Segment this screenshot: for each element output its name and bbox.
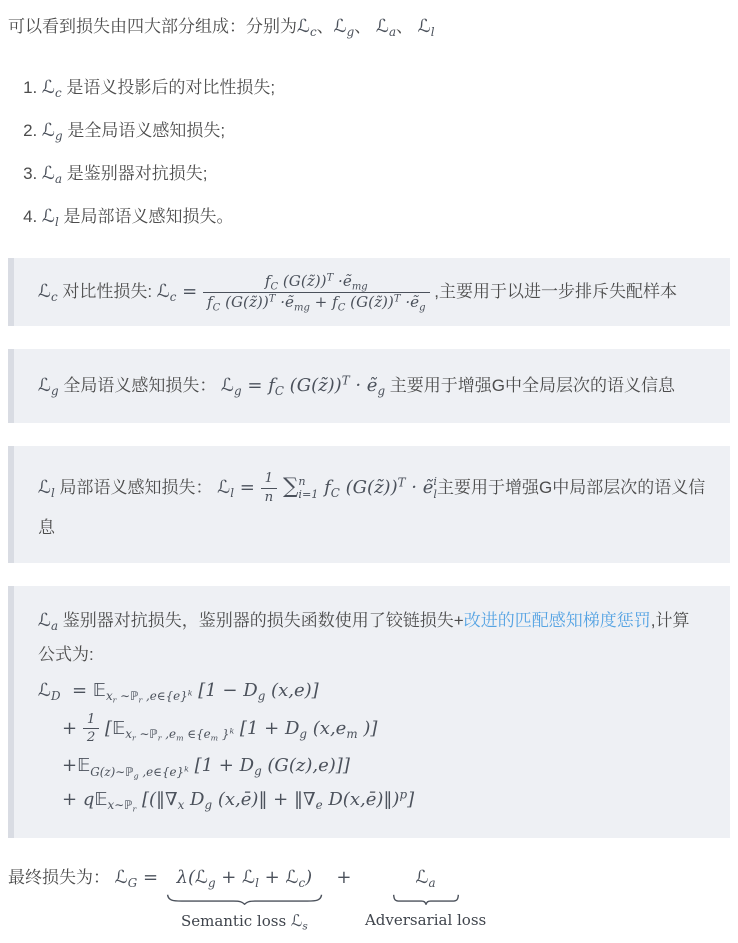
semantic-loss-label: Semantic loss ℒs <box>181 909 308 933</box>
formula-box-contrastive-loss: ℒc 对比性损失: ℒc = fC (G(z̃))T ·ẽmgfC (G(z̃)… <box>8 258 730 326</box>
list-item-global: ℒg 是全局语义感知损失; <box>42 118 730 144</box>
list-item-adversarial: ℒa 是鉴别器对抗损失; <box>42 161 730 187</box>
formula-box-local-loss: ℒl 局部语义感知损失： ℒl = 1n ∑ni=1 fC (G(z̃))T ·… <box>8 446 730 563</box>
list-item-contrastive: ℒc 是语义投影后的对比性损失; <box>42 75 730 101</box>
underbrace-adversarial-icon <box>393 894 459 905</box>
gradient-penalty-link[interactable]: 改进的匹配感知梯度惩罚 <box>464 611 651 630</box>
discriminator-loss-equation: ℒD = 𝔼xr ∼ℙr ,e∈{e}k [1 − Dg (x,e)] + 12… <box>38 677 706 814</box>
semantic-loss-group: λ(ℒg + ℒl + ℒc)Semantic loss ℒs <box>166 864 323 933</box>
equation-line-1: ℒD = 𝔼xr ∼ℙr ,e∈{e}k [1 − Dg (x,e)] <box>38 677 706 705</box>
article-body: 可以看到损失由四大部分组成：分别为ℒc、ℒg、 ℒa、 ℒl ℒc 是语义投影后… <box>0 0 738 943</box>
adversarial-loss-label: Adversarial loss <box>365 909 486 932</box>
equation-line-3: +𝔼G(z)∼ℙg ,e∈{e}k [1 + Dg (G(z),e)]] <box>38 752 706 780</box>
formula-box-global-loss: ℒg 全局语义感知损失： ℒg = fC (G(z̃))T · ẽg 主要用于增… <box>8 349 730 423</box>
local-loss-formula: ℒl 局部语义感知损失： ℒl = 1n ∑ni=1 fC (G(z̃))T ·… <box>38 464 706 545</box>
equation-line-2: + 12 [𝔼xr ∼ℙr ,em ∈{em }k [1 + Dg (x,em … <box>38 711 706 747</box>
intro-paragraph: 可以看到损失由四大部分组成：分别为ℒc、ℒg、 ℒa、 ℒl <box>8 12 730 43</box>
global-loss-formula: ℒg 全局语义感知损失： ℒg = fC (G(z̃))T · ẽg 主要用于增… <box>38 367 706 405</box>
contrastive-loss-formula: ℒc 对比性损失: ℒc = fC (G(z̃))T ·ẽmgfC (G(z̃)… <box>38 272 706 312</box>
adversarial-loss-intro: ℒa 鉴别器对抗损失，鉴别器的损失函数使用了铰链损失+改进的匹配感知梯度惩罚,计… <box>38 604 706 671</box>
formula-box-adversarial-loss: ℒa 鉴别器对抗损失，鉴别器的损失函数使用了铰链损失+改进的匹配感知梯度惩罚,计… <box>8 586 730 838</box>
underbrace-semantic-icon <box>166 894 323 905</box>
loss-components-list: ℒc 是语义投影后的对比性损失; ℒg 是全局语义感知损失; ℒa 是鉴别器对抗… <box>8 75 730 230</box>
final-loss-formula: 最终损失为： ℒG = λ(ℒg + ℒl + ℒc)Semantic loss… <box>8 864 730 933</box>
equation-line-4: + q𝔼x∼ℙr [(‖∇x Dg (x,ē)‖ + ‖∇e D(x,ē)‖)p… <box>38 786 706 814</box>
adversarial-loss-group: ℒaAdversarial loss <box>365 864 486 932</box>
list-item-local: ℒl 是局部语义感知损失。 <box>42 204 730 230</box>
